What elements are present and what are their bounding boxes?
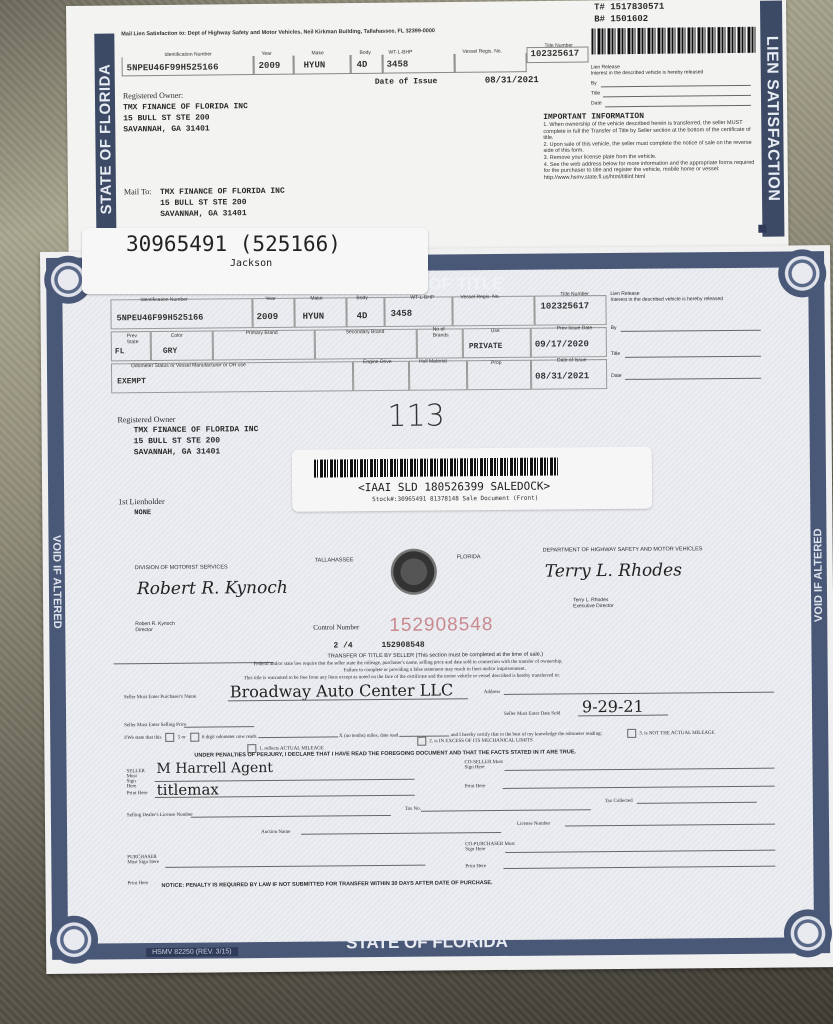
seller-signature[interactable]: M Harrell Agent xyxy=(156,760,273,777)
director-signature: Robert R. Kynoch xyxy=(137,578,288,599)
wt-value: 3458 xyxy=(387,59,409,69)
lien-release-block: Lien Release Interest in the described v… xyxy=(591,63,704,76)
page-indicator: 2 /4 xyxy=(333,641,352,650)
registered-owner-address: TMX FINANCE OF FLORIDA INC 15 BULL ST ST… xyxy=(134,424,259,458)
lien-title-label: Title xyxy=(591,90,600,96)
date-of-issue-value: 08/31/2021 xyxy=(485,75,539,86)
color-value: GRY xyxy=(163,347,177,356)
stock-number: 30965491 (525166) xyxy=(126,232,341,256)
odometer-reading-field[interactable] xyxy=(258,736,338,738)
florida-seal-icon xyxy=(391,549,437,595)
mail-to-label: Mail To: xyxy=(124,187,152,196)
state-of-florida-footer: STATE OF FLORIDA xyxy=(346,932,508,953)
executive-block: Terry L. Rhodes Executive Director xyxy=(573,597,614,609)
control-number-label: Control Number xyxy=(313,623,359,631)
six-digit-checkbox[interactable] xyxy=(190,733,199,742)
lien-by-line[interactable] xyxy=(601,85,751,88)
stock-location: Jackson xyxy=(230,258,272,269)
tracking-b: B# 1501602 xyxy=(594,14,648,25)
date-of-issue-label: Date of Issue xyxy=(375,77,438,87)
prev-issue-date-value: 09/17/2020 xyxy=(535,339,589,349)
director-block: Robert R. Kynoch Director xyxy=(135,621,175,633)
iaai-sale-label: <IAAI SLD 180526399 SALEDOCK> Stock#:309… xyxy=(292,447,653,512)
registered-owner-label: Registered Owner xyxy=(117,415,175,425)
excess-mileage-checkbox[interactable] xyxy=(417,737,426,746)
lien-barcode xyxy=(591,27,756,55)
lienholder-value: NONE xyxy=(134,509,151,517)
iaai-barcode xyxy=(314,457,558,477)
void-if-altered-right: VOID IF ALTERED xyxy=(810,505,827,645)
five-digit-checkbox[interactable] xyxy=(166,733,175,742)
stock-sticker: 30965491 (525166) Jackson xyxy=(82,228,428,294)
body-value: 4D xyxy=(357,60,368,70)
title-number-value: 102325617 xyxy=(530,49,579,60)
year-value: 2009 xyxy=(259,61,281,71)
lien-by-label: By xyxy=(591,80,597,86)
division-label: DIVISION OF MOTORIST SERVICES xyxy=(135,564,228,571)
body-value: 4D xyxy=(357,311,368,321)
weight-value: 3458 xyxy=(391,309,413,319)
lien-date-line[interactable] xyxy=(605,105,751,108)
state-of-florida-band: STATE OF FLORIDA xyxy=(94,33,116,243)
registered-owner-label: Registered Owner: xyxy=(123,91,183,101)
void-if-altered-left: VOID IF ALTERED xyxy=(48,512,65,652)
executive-signature: Terry L. Rhodes xyxy=(545,560,682,581)
registered-owner-address: TMX FINANCE OF FLORIDA INC 15 BULL ST ST… xyxy=(123,101,248,135)
lien-satisfaction-band: LIEN SATISFACTION xyxy=(760,1,784,237)
ornament-icon xyxy=(50,916,98,964)
cert-lien-release: Lien Release Interest in the described v… xyxy=(610,290,723,303)
not-actual-mileage-checkbox[interactable] xyxy=(627,729,636,738)
handwritten-number: 113 xyxy=(387,398,445,433)
ornament-icon xyxy=(784,909,832,957)
date-sold[interactable]: 9-29-21 xyxy=(582,697,644,717)
certificate-of-title: CERTIFICATE OF TITLE VOID IF ALTERED VOI… xyxy=(40,245,833,974)
lien-date-label: Date xyxy=(591,100,602,106)
make-value: HYUN xyxy=(303,312,325,322)
odometer-value: EXEMPT xyxy=(117,377,146,386)
registration-mark xyxy=(758,225,766,233)
prev-state-value: FL xyxy=(115,347,125,356)
vin-value: 5NPEU46F99H525166 xyxy=(117,313,204,324)
tracking-t: T# 1517830571 xyxy=(594,2,664,13)
mail-header: Mail Lien Satisfaction to: Dept of Highw… xyxy=(121,28,435,37)
lien-title-line[interactable] xyxy=(603,95,751,98)
make-value: HYUN xyxy=(304,60,326,70)
form-number: HSMV 82250 (REV. 3/15) xyxy=(146,947,238,957)
title-number-value: 102325617 xyxy=(540,301,589,311)
lien-satisfaction-slip: STATE OF FLORIDA LIEN SATISFACTION Mail … xyxy=(66,0,789,258)
year-value: 2009 xyxy=(257,312,279,322)
mail-to-address: TMX FINANCE OF FLORIDA INC 15 BULL ST ST… xyxy=(160,186,285,220)
use-value: PRIVATE xyxy=(469,342,503,351)
control-number: 152908548 xyxy=(389,614,493,637)
ornament-icon xyxy=(778,249,826,297)
id-value: 5NPEU46F99H525166 xyxy=(127,62,219,73)
important-information: IMPORTANT INFORMATION 1. When ownership … xyxy=(543,111,758,182)
lienholder-label: 1st Lienholder xyxy=(118,497,165,506)
date-of-issue-value: 08/31/2021 xyxy=(535,371,589,381)
